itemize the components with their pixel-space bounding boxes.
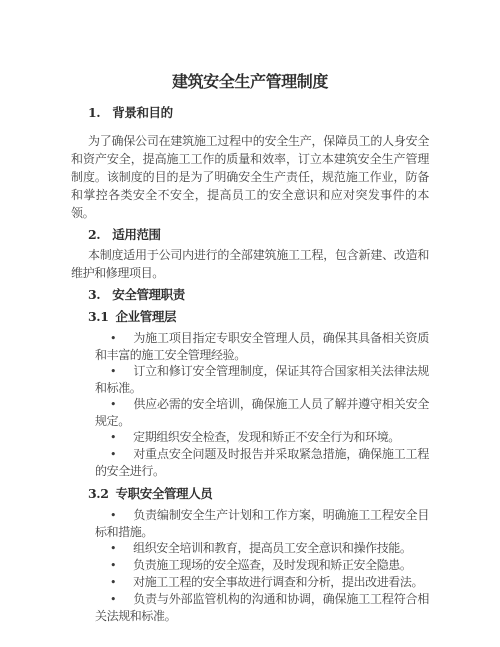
bullet-icon: • xyxy=(110,332,116,345)
bullet-text: 供应必需的安全培训，确保施工人员了解并遵守相关安全规定。 xyxy=(95,397,429,428)
bullet-text: 负责编制安全生产计划和工作方案，明确施工工程安全目标和措施。 xyxy=(95,508,429,539)
bullet-text: 负责施工现场的安全巡查，及时发现和矫正安全隐患。 xyxy=(133,558,411,572)
bullet-item: •负责编制安全生产计划和工作方案，明确施工工程安全目标和措施。 xyxy=(71,507,429,540)
bullet-list-safety-personnel: •负责编制安全生产计划和工作方案，明确施工工程安全目标和措施。 •组织安全培训和… xyxy=(71,507,429,624)
bullet-icon: • xyxy=(110,509,116,522)
subsection-heading-3-2: 3.2专职安全管理人员 xyxy=(88,485,429,503)
bullet-item: •供应必需的安全培训，确保施工人员了解并遵守相关安全规定。 xyxy=(71,396,429,429)
bullet-item: •订立和修订安全管理制度，保证其符合国家相关法律法规和标准。 xyxy=(71,363,429,396)
bullet-item: •为施工项目指定专职安全管理人员，确保其具备相关资质和丰富的施工安全管理经验。 xyxy=(71,330,429,363)
subsection-heading-3-1: 3.1企业管理层 xyxy=(88,308,429,326)
section-paragraph: 本制度适用于公司内进行的全部建筑施工工程，包含新建、改造和维护和修理项目。 xyxy=(71,246,429,282)
bullet-text: 对施工工程的安全事故进行调查和分析，提出改进看法。 xyxy=(133,575,423,589)
bullet-item: •对施工工程的安全事故进行调查和分析，提出改进看法。 xyxy=(71,574,429,591)
section-title: 安全管理职责 xyxy=(112,287,185,302)
subsection-number: 3.2 xyxy=(88,486,109,501)
section-heading-2: 2.适用范围 xyxy=(88,226,429,244)
bullet-text: 组织安全培训和教育，提高员工安全意识和操作技能。 xyxy=(133,541,411,555)
bullet-text: 对重点安全问题及时报告并采取紧急措施，确保施工工程的安全进行。 xyxy=(95,447,429,478)
bullet-item: •负责与外部监管机构的沟通和协调，确保施工工程符合相关法规和标准。 xyxy=(71,591,429,624)
bullet-item: •定期组织安全检查，发现和矫正不安全行为和环境。 xyxy=(71,429,429,446)
section-number: 3. xyxy=(88,287,100,302)
bullet-text: 订立和修订安全管理制度，保证其符合国家相关法律法规和标准。 xyxy=(95,364,429,395)
bullet-icon: • xyxy=(110,593,116,606)
document-title: 建筑安全生产管理制度 xyxy=(71,70,429,94)
section-title: 适用范围 xyxy=(112,227,160,242)
bullet-list-enterprise-management: •为施工项目指定专职安全管理人员，确保其具备相关资质和丰富的施工安全管理经验。 … xyxy=(71,330,429,479)
bullet-icon: • xyxy=(110,431,116,444)
subsection-title: 专职安全管理人员 xyxy=(116,486,213,501)
bullet-item: •负责施工现场的安全巡查，及时发现和矫正安全隐患。 xyxy=(71,557,429,574)
bullet-icon: • xyxy=(110,365,116,378)
bullet-icon: • xyxy=(110,542,116,555)
bullet-icon: • xyxy=(110,559,116,572)
subsection-number: 3.1 xyxy=(88,309,109,324)
section-heading-1: 1.背景和目的 xyxy=(88,104,429,122)
bullet-text: 为施工项目指定专职安全管理人员，确保其具备相关资质和丰富的施工安全管理经验。 xyxy=(95,331,429,362)
bullet-text: 负责与外部监管机构的沟通和协调，确保施工工程符合相关法规和标准。 xyxy=(95,592,429,623)
bullet-item: •对重点安全问题及时报告并采取紧急措施，确保施工工程的安全进行。 xyxy=(71,446,429,479)
section-heading-3: 3.安全管理职责 xyxy=(88,286,429,304)
bullet-item: •组织安全培训和教育，提高员工安全意识和操作技能。 xyxy=(71,540,429,557)
subsection-title: 企业管理层 xyxy=(116,309,177,324)
bullet-icon: • xyxy=(110,576,116,589)
section-title: 背景和目的 xyxy=(112,105,173,120)
document-page: 建筑安全生产管理制度 1.背景和目的 为了确保公司在建筑施工过程中的安全生产，保… xyxy=(0,0,500,647)
section-number: 1. xyxy=(88,105,100,120)
section-paragraph: 为了确保公司在建筑施工过程中的安全生产，保障员工的人身安全和资产安全，提高施工工… xyxy=(71,132,429,222)
bullet-icon: • xyxy=(110,448,116,461)
bullet-text: 定期组织安全检查，发现和矫正不安全行为和环境。 xyxy=(133,430,400,444)
bullet-icon: • xyxy=(110,398,116,411)
section-number: 2. xyxy=(88,227,100,242)
